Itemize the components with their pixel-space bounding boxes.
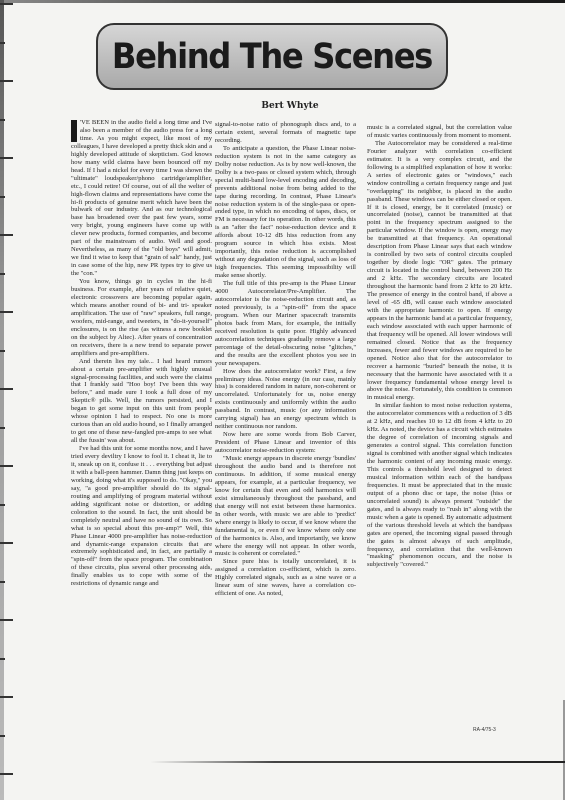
binder-tick [0,465,13,467]
paragraph: How does the autocorrelator work? First,… [215,368,356,432]
page-title: Behind The Scenes [112,37,432,77]
article-column-2: signal-to-noise ratio of phonograph disc… [215,121,356,598]
paragraph: Now here are some words from Bob Carver,… [215,431,356,455]
article-column-3: music is a correlated signal, but the co… [367,124,512,569]
paragraph: I've had this unit for some months now, … [71,445,212,588]
title-banner: Behind The Scenes [96,23,448,90]
binder-tick [0,311,13,313]
top-rule [0,0,565,3]
binder-tick [0,157,13,159]
binder-tick [0,388,13,390]
paragraph: Since pure hiss is totally uncorrelated,… [215,558,356,598]
paragraph: To anticipate a question, the Phase Line… [215,145,356,280]
paragraph: music is a correlated signal, but the co… [367,124,512,140]
binder-tick [0,80,13,82]
paragraph: And therein lies my tale... I had heard … [71,358,212,445]
article-column-1: 'VE BEEN in the audio field a long time … [71,119,212,588]
author-byline: Bert Whyte [210,101,370,111]
page-folio: RA-4/75-3 [473,727,496,733]
binder-tick [0,504,5,506]
binder-tick [0,658,5,660]
binder-tick [0,234,13,236]
binder-tick [0,696,13,698]
binder-tick [0,773,13,775]
binder-tick [0,196,5,198]
paragraph: The Autocorrelator may be considered a r… [367,140,512,402]
drop-cap-I [71,120,77,142]
binder-tick [0,581,5,583]
bottom-rule [150,761,565,763]
paragraph: You know, things go in cycles in the hi-… [71,278,212,358]
quote-paragraph: "Music energy appears in discrete energy… [215,455,356,558]
paragraph: In similar fashion to most noise reducti… [367,402,512,569]
paragraph: The full title of this pre-amp is the Ph… [215,280,356,367]
binder-tick [0,3,13,5]
binder-tick [0,350,5,352]
paragraph: 'VE BEEN in the audio field a long time … [71,119,212,278]
binder-tick [0,119,5,121]
binder-tick [0,427,5,429]
paragraph: signal-to-noise ratio of phonograph disc… [215,121,356,145]
binder-tick [0,542,13,544]
binder-tick [0,273,5,275]
binder-tick [0,735,5,737]
binder-tick [0,619,13,621]
binder-tick [0,42,5,44]
